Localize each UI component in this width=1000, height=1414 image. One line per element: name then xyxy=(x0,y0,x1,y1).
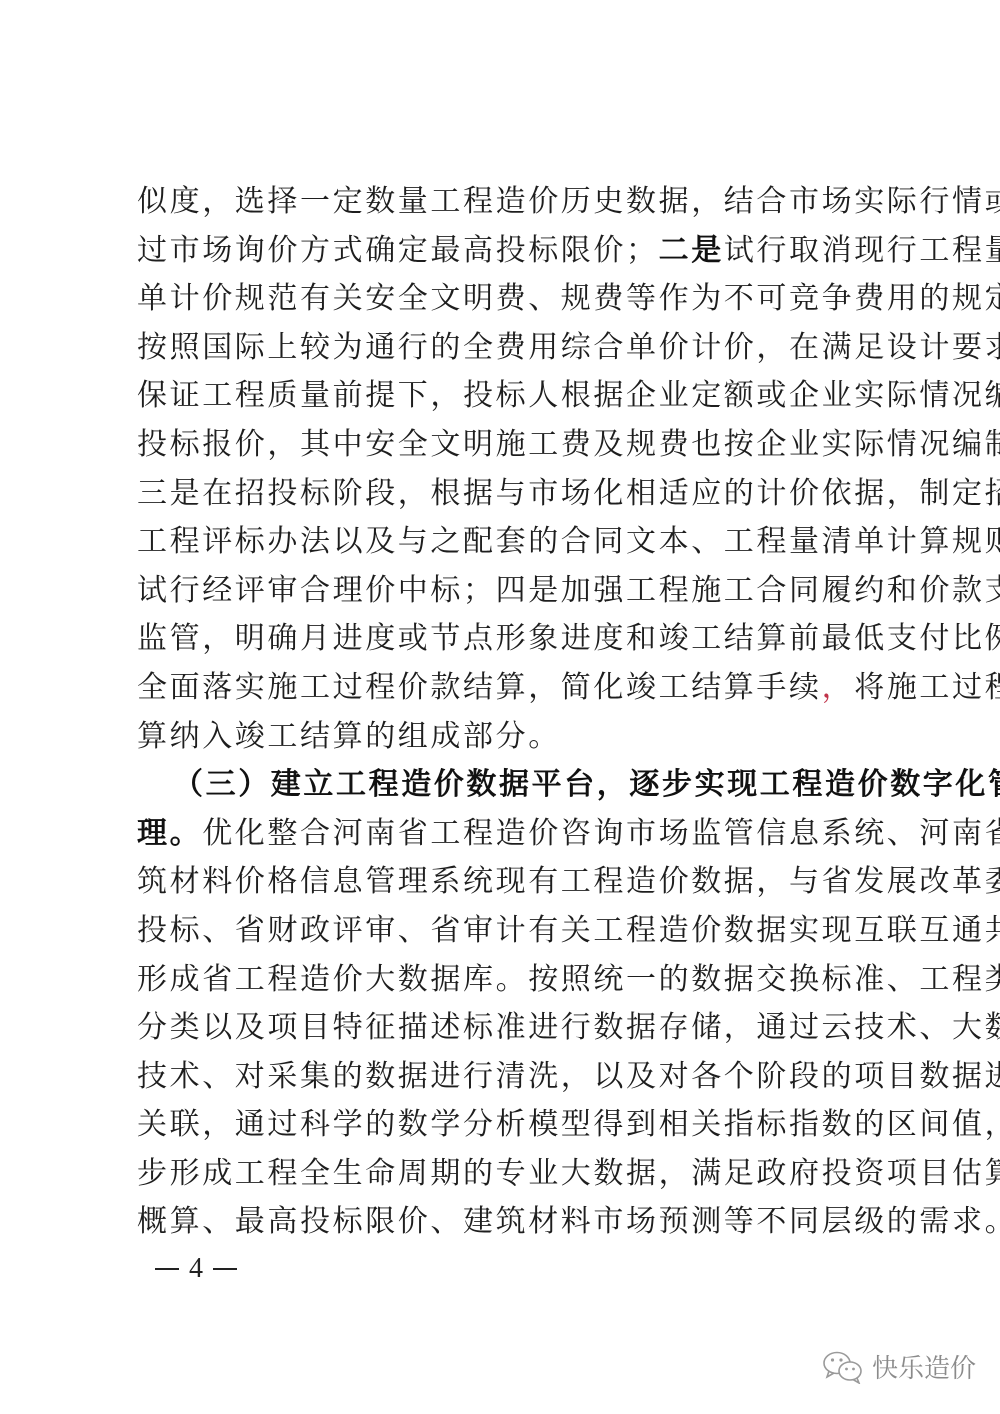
text-segment: 保证工程质量前提下，投标人根据企业定额或企业实际情况编制 xyxy=(137,378,1000,413)
text-line: 三是在招投标阶段，根据与市场化相适应的计价依据，制定招标 xyxy=(137,470,863,519)
text-line: 筑材料价格信息管理系统现有工程造价数据，与省发展改革委招 xyxy=(137,858,863,907)
bold-text-segment: （三）建立工程造价数据平台，逐步实现工程造价数字化管 xyxy=(173,767,1000,802)
text-line: 形成省工程造价大数据库。按照统一的数据交换标准、工程类型 xyxy=(137,956,863,1005)
text-line: 关联，通过科学的数学分析模型得到相关指标指数的区间值，逐 xyxy=(137,1101,863,1150)
text-segment: ， xyxy=(822,670,855,705)
text-segment: 似度，选择一定数量工程造价历史数据，结合市场实际行情或通 xyxy=(137,184,1000,219)
bold-text-segment: 二是 xyxy=(659,233,724,268)
text-segment: 按照国际上较为通行的全费用综合单价计价，在满足设计要求和 xyxy=(137,330,1000,365)
text-line: 单计价规范有关安全文明费、规费等作为不可竞争费用的规定， xyxy=(137,275,863,324)
text-segment: 形成省工程造价大数据库。按照统一的数据交换标准、工程类型 xyxy=(137,962,1000,997)
text-line: 分类以及项目特征描述标准进行数据存储，通过云技术、大数据 xyxy=(137,1004,863,1053)
text-segment: 分类以及项目特征描述标准进行数据存储，通过云技术、大数据 xyxy=(137,1010,1000,1045)
page-number-value: 4 xyxy=(189,1253,203,1285)
watermark-text: 快乐造价 xyxy=(872,1348,976,1385)
bold-text-segment: 理。 xyxy=(137,816,202,851)
text-segment: 将施工过程结 xyxy=(854,670,1000,705)
text-line: 工程评标办法以及与之配套的合同文本、工程量清单计算规则， xyxy=(137,518,863,567)
text-segment: 投标报价，其中安全文明施工费及规费也按企业实际情况编制； xyxy=(137,427,1000,462)
text-segment: 全面落实施工过程价款结算，简化竣工结算手续 xyxy=(137,670,822,705)
page-number-dash-left xyxy=(155,1268,179,1270)
document-page: 似度，选择一定数量工程造价历史数据，结合市场实际行情或通过市场询价方式确定最高投… xyxy=(0,0,1000,1414)
text-line: 概算、最高投标限价、建筑材料市场预测等不同层级的需求。加 xyxy=(137,1198,863,1247)
text-line: 试行经评审合理价中标；四是加强工程施工合同履约和价款支付 xyxy=(137,567,863,616)
text-line: （三）建立工程造价数据平台，逐步实现工程造价数字化管 xyxy=(137,761,863,810)
text-line: 技术、对采集的数据进行清洗，以及对各个阶段的项目数据进行 xyxy=(137,1053,863,1102)
text-segment: 优化整合河南省工程造价咨询市场监管信息系统、河南省建 xyxy=(202,816,1000,851)
wechat-icon xyxy=(822,1350,864,1384)
text-line: 按照国际上较为通行的全费用综合单价计价，在满足设计要求和 xyxy=(137,324,863,373)
page-number-dash-right xyxy=(213,1268,237,1270)
text-line: 理。优化整合河南省工程造价咨询市场监管信息系统、河南省建 xyxy=(137,810,863,859)
text-segment: 关联，通过科学的数学分析模型得到相关指标指数的区间值，逐 xyxy=(137,1107,1000,1142)
page-number: 4 xyxy=(155,1253,237,1285)
text-line: 投标报价，其中安全文明施工费及规费也按企业实际情况编制； xyxy=(137,421,863,470)
text-line: 过市场询价方式确定最高投标限价；二是试行取消现行工程量清 xyxy=(137,227,863,276)
text-segment: 三是在招投标阶段，根据与市场化相适应的计价依据，制定招标 xyxy=(137,476,1000,511)
text-segment: 技术、对采集的数据进行清洗，以及对各个阶段的项目数据进行 xyxy=(137,1059,1000,1094)
text-line: 保证工程质量前提下，投标人根据企业定额或企业实际情况编制 xyxy=(137,372,863,421)
text-segment: 概算、最高投标限价、建筑材料市场预测等不同层级的需求。加 xyxy=(137,1204,1000,1239)
text-line: 监管，明确月进度或节点形象进度和竣工结算前最低支付比例， xyxy=(137,615,863,664)
watermark: 快乐造价 xyxy=(822,1348,976,1385)
text-segment: 过市场询价方式确定最高投标限价； xyxy=(137,233,659,268)
text-segment: 筑材料价格信息管理系统现有工程造价数据，与省发展改革委招 xyxy=(137,864,1000,899)
text-line: 似度，选择一定数量工程造价历史数据，结合市场实际行情或通 xyxy=(137,178,863,227)
text-segment: 监管，明确月进度或节点形象进度和竣工结算前最低支付比例， xyxy=(137,621,1000,656)
text-line: 投标、省财政评审、省审计有关工程造价数据实现互联互通共享， xyxy=(137,907,863,956)
text-segment: 试行取消现行工程量清 xyxy=(724,233,1000,268)
text-line: 算纳入竣工结算的组成部分。 xyxy=(137,713,863,762)
text-segment: 算纳入竣工结算的组成部分。 xyxy=(137,719,561,754)
document-body: 似度，选择一定数量工程造价历史数据，结合市场实际行情或通过市场询价方式确定最高投… xyxy=(137,178,863,1247)
text-segment: 投标、省财政评审、省审计有关工程造价数据实现互联互通共享， xyxy=(137,913,1000,948)
text-segment: 试行经评审合理价中标；四是加强工程施工合同履约和价款支付 xyxy=(137,573,1000,608)
text-segment: 单计价规范有关安全文明费、规费等作为不可竞争费用的规定， xyxy=(137,281,1000,316)
text-segment: 工程评标办法以及与之配套的合同文本、工程量清单计算规则， xyxy=(137,524,1000,559)
text-line: 全面落实施工过程价款结算，简化竣工结算手续，将施工过程结 xyxy=(137,664,863,713)
text-line: 步形成工程全生命周期的专业大数据，满足政府投资项目估算、 xyxy=(137,1150,863,1199)
text-segment: 步形成工程全生命周期的专业大数据，满足政府投资项目估算、 xyxy=(137,1156,1000,1191)
